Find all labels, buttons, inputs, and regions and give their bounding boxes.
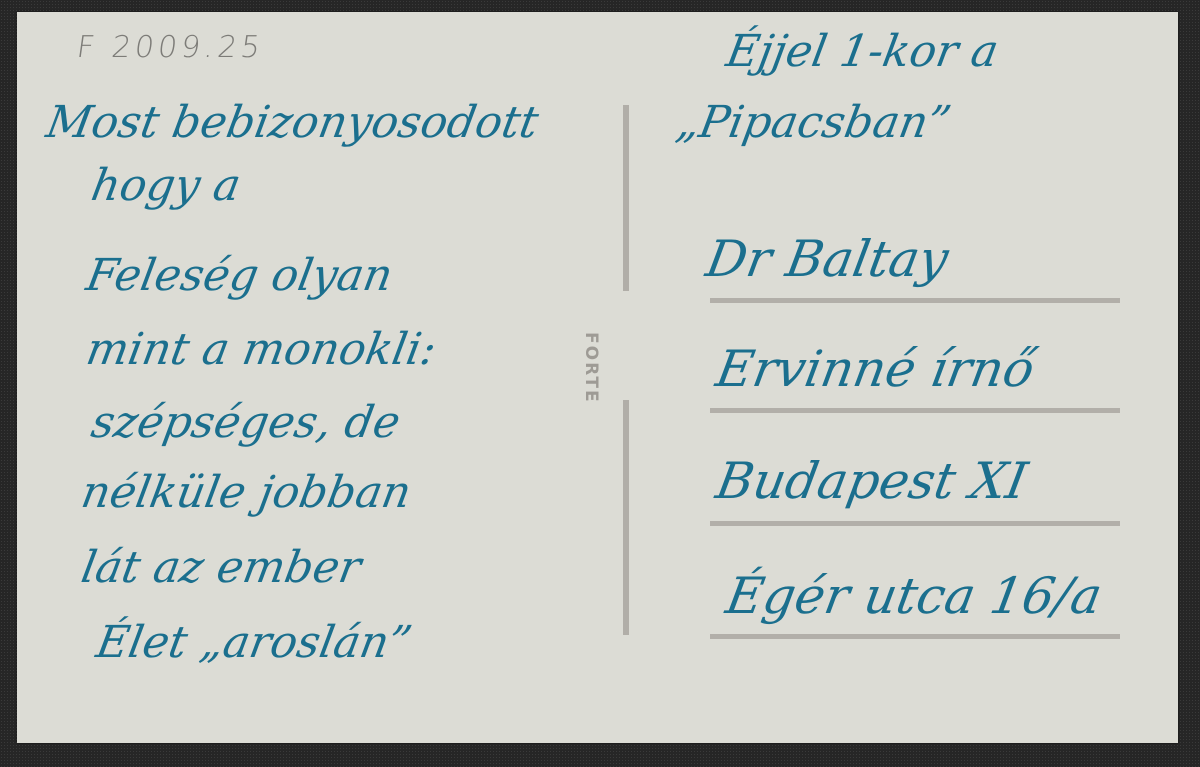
catalog-number: F 2009.25	[75, 30, 267, 65]
address-rule-4	[710, 634, 1120, 639]
message-line-6: nélküle jobban	[78, 467, 416, 518]
header-note-line-1: Éjjel 1-kor a	[723, 26, 1003, 77]
printer-mark: FORTE	[581, 332, 601, 404]
header-note-line-2: „Pipacsban”	[673, 97, 955, 148]
message-line-7: lát az ember	[78, 542, 365, 593]
address-line-1: Dr Baltay	[702, 230, 953, 288]
message-line-1: Most bebizonyosodott	[43, 97, 543, 148]
address-rule-1	[710, 298, 1120, 303]
message-line-4: mint a monokli:	[83, 324, 441, 375]
message-line-8: Élet „aroslán”	[93, 617, 416, 668]
address-line-4: Égér utca 16/a	[722, 567, 1106, 625]
message-line-3: Feleség olyan	[83, 250, 397, 301]
address-line-3: Budapest XI	[712, 452, 1032, 510]
message-line-5: szépséges, de	[88, 397, 405, 448]
postcard: F 2009.25 FORTE Most bebizonyosodott hog…	[17, 12, 1178, 743]
message-line-2: hogy a	[88, 160, 245, 211]
address-rule-3	[710, 521, 1120, 526]
center-divider-bottom	[623, 400, 629, 635]
center-divider-top	[623, 105, 629, 291]
address-line-2: Ervinné írnő	[712, 340, 1039, 398]
address-rule-2	[710, 408, 1120, 413]
